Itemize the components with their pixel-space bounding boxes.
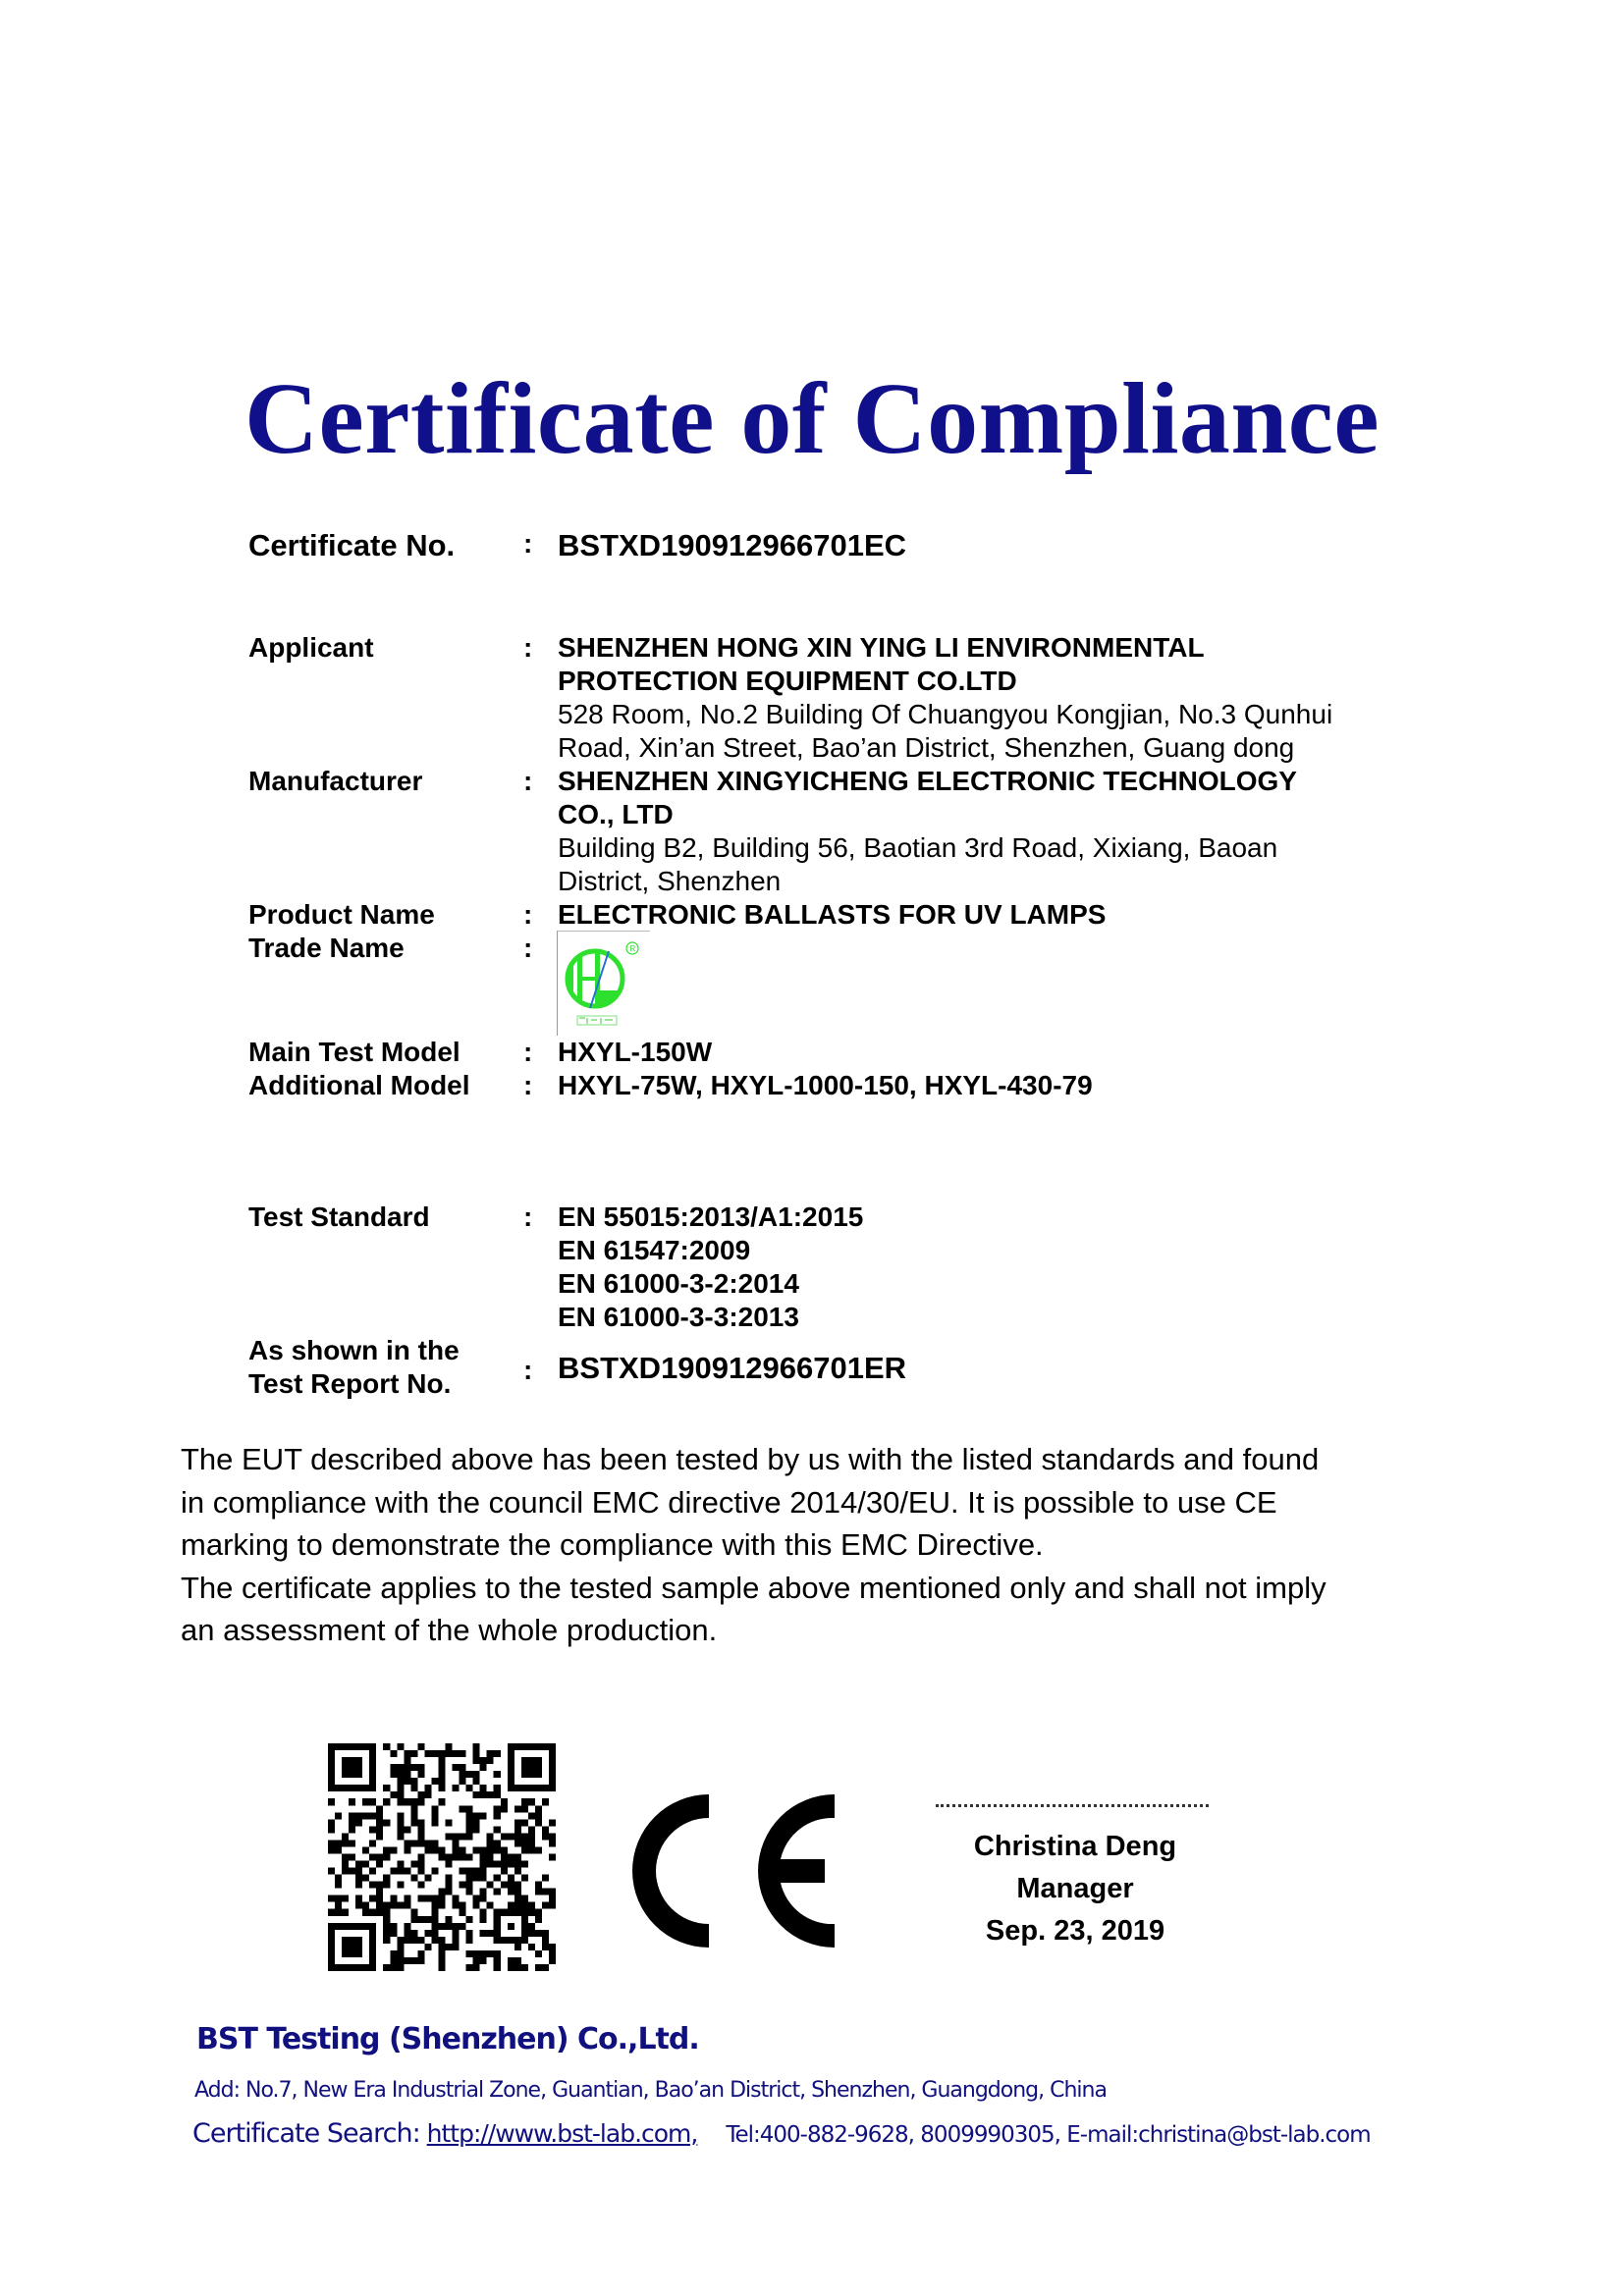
product-name-value: ELECTRONIC BALLASTS FOR UV LAMPS [558, 898, 1106, 932]
test-standard-value: EN 61000-3-3:2013 [558, 1301, 799, 1334]
additional-model-value: HXYL-75W, HXYL-1000-150, HXYL-430-79 [558, 1069, 1093, 1102]
test-report-label: Test Report No. [248, 1367, 451, 1401]
applicant-name-line: PROTECTION EQUIPMENT CO.LTD [558, 665, 1017, 698]
qr-code [328, 1743, 556, 1971]
signatory-title: Manager [933, 1872, 1218, 1905]
trade-name-logo: R [557, 931, 650, 1036]
certificate-no-value: BSTXD190912966701EC [558, 527, 906, 564]
colon: : [523, 527, 532, 561]
footer-contact: Tel:400-882-9628, 8009990305, E-mail:chr… [726, 2122, 1370, 2148]
statement-line: The certificate applies to the tested sa… [181, 1567, 1457, 1610]
additional-model-label: Additional Model [248, 1069, 470, 1102]
manufacturer-name-line: CO., LTD [558, 798, 674, 831]
manufacturer-address-line: District, Shenzhen [558, 865, 781, 898]
manufacturer-name-line: SHENZHEN XINGYICHENG ELECTRONIC TECHNOLO… [558, 765, 1297, 798]
footer-address: Add: No.7, New Era Industrial Zone, Guan… [194, 2077, 1107, 2105]
test-report-label: As shown in the [248, 1334, 460, 1367]
hx-trademark-logo-icon: R [558, 932, 650, 1036]
applicant-label: Applicant [248, 631, 374, 665]
manufacturer-label: Manufacturer [248, 765, 422, 798]
colon: : [523, 932, 532, 965]
footer-search: Certificate Search: http://www.bst-lab.c… [192, 2118, 1371, 2151]
certificate-search-link[interactable]: http://www.bst-lab.com, [427, 2119, 698, 2148]
page-title: Certificate of Compliance [0, 365, 1624, 473]
colon: : [523, 898, 532, 932]
applicant-name-line: SHENZHEN HONG XIN YING LI ENVIRONMENTAL [558, 631, 1205, 665]
signatory-name: Christina Deng [933, 1830, 1218, 1863]
colon: : [523, 1036, 532, 1069]
manufacturer-address-line: Building B2, Building 56, Baotian 3rd Ro… [558, 831, 1277, 865]
colon: : [523, 631, 532, 665]
test-standard-label: Test Standard [248, 1201, 430, 1234]
statement-line: an assessment of the whole production. [181, 1609, 1457, 1652]
statement-line: in compliance with the council EMC direc… [181, 1481, 1457, 1524]
test-report-value: BSTXD190912966701ER [558, 1350, 906, 1387]
test-standard-value: EN 55015:2013/A1:2015 [558, 1201, 863, 1234]
signature-line [936, 1804, 1209, 1811]
main-test-model-label: Main Test Model [248, 1036, 460, 1069]
test-standard-value: EN 61000-3-2:2014 [558, 1267, 799, 1301]
statement-line: marking to demonstrate the compliance wi… [181, 1523, 1457, 1567]
ce-mark-icon [623, 1792, 839, 1949]
main-test-model-value: HXYL-150W [558, 1036, 712, 1069]
applicant-address-line: 528 Room, No.2 Building Of Chuangyou Kon… [558, 698, 1332, 731]
applicant-address-line: Road, Xin’an Street, Bao’an District, Sh… [558, 731, 1294, 765]
product-name-label: Product Name [248, 898, 435, 932]
colon: : [523, 1354, 532, 1387]
signatory-date: Sep. 23, 2019 [933, 1914, 1218, 1948]
certificate-no-label: Certificate No. [248, 527, 455, 564]
footer-company: BST Testing (Shenzhen) Co.,Ltd. [196, 2021, 699, 2058]
test-standard-value: EN 61547:2009 [558, 1234, 750, 1267]
statement-line: The EUT described above has been tested … [181, 1438, 1457, 1481]
compliance-statement: The EUT described above has been tested … [181, 1438, 1457, 1652]
colon: : [523, 765, 532, 798]
ce-mark [623, 1792, 839, 1949]
svg-text:R: R [630, 944, 636, 953]
qr-code-icon [328, 1743, 556, 1971]
certificate-search-label: Certificate Search: [192, 2118, 420, 2149]
trade-name-label: Trade Name [248, 932, 405, 965]
colon: : [523, 1201, 532, 1234]
colon: : [523, 1069, 532, 1102]
